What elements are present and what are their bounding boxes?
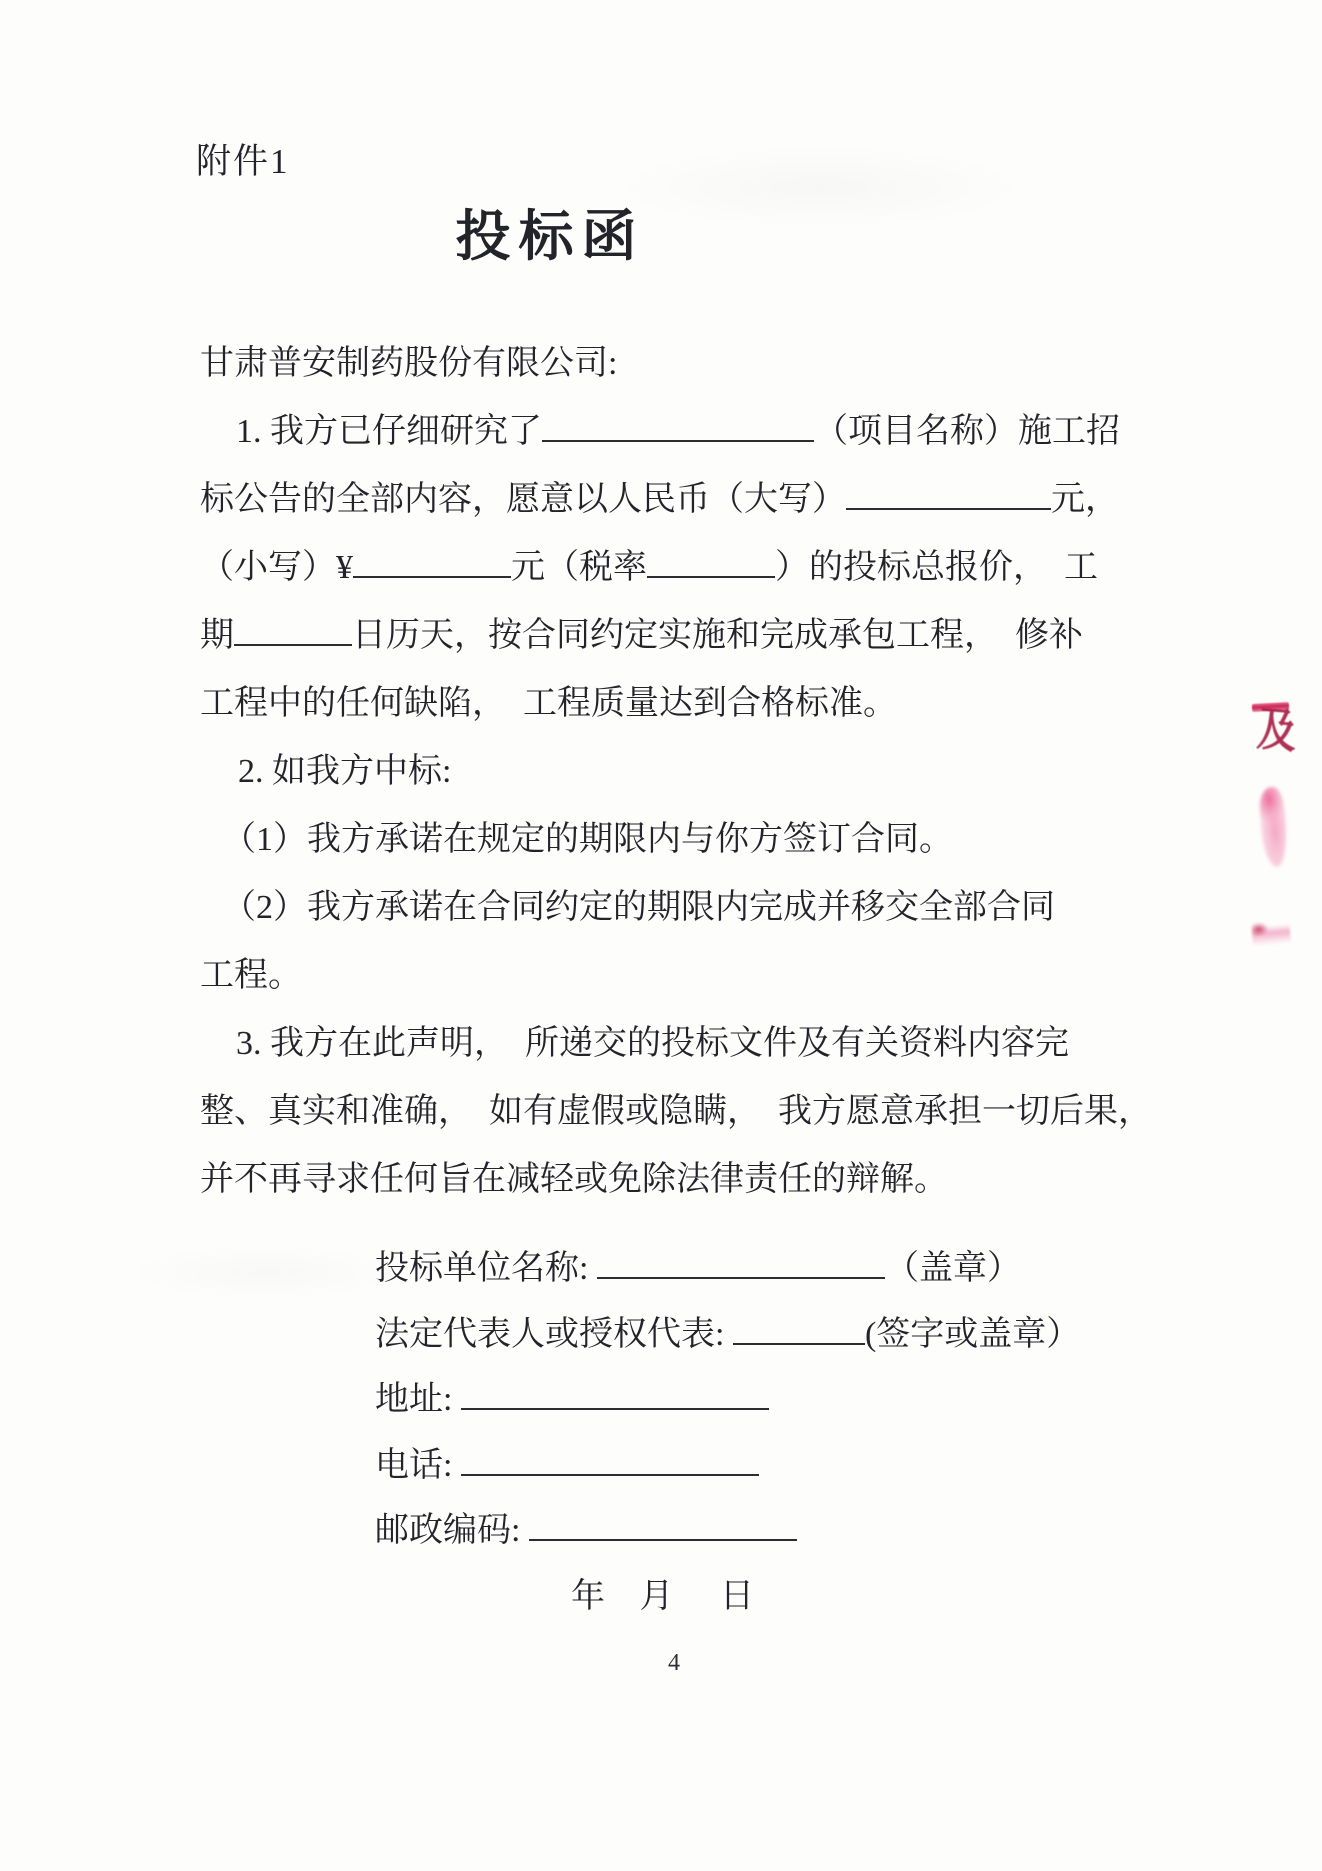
body-line: 甘肃普安制药股份有限公司: [200,330,1165,398]
date-year-label: 年 [571,1578,605,1615]
blank-fill-line [353,544,511,578]
blank-fill-line [597,1245,885,1279]
signature-suffix: (签字或盖章） [865,1316,1080,1353]
body-text: ）的投标总报价， 工 [775,549,1098,586]
body-text: （1）我方承诺在规定的期限内与你方签订合同。 [222,821,953,858]
red-stamp-dash-fragment [1251,916,1291,946]
signature-label: 投标单位名称: [375,1250,597,1287]
body-text: 1. 我方已仔细研究了 [236,413,542,450]
blank-fill-line [461,1376,769,1410]
signature-row: 地址: [375,1367,1075,1433]
blank-fill-line [461,1441,759,1475]
signature-label: 电话: [375,1447,461,1484]
red-stamp-character: 及 [1255,704,1298,758]
body-text: 工程中的任何缺陷， 工程质量达到合格标准。 [200,685,897,722]
document-page: 附件1 投标函 甘肃普安制药股份有限公司:1. 我方已仔细研究了（项目名称）施工… [0,0,1322,1871]
body-line: 1. 我方已仔细研究了（项目名称）施工招 [200,398,1165,466]
signature-row: 邮政编码: [375,1498,1075,1564]
body-line: 标公告的全部内容，愿意以人民币（大写）元， [200,466,1165,534]
blank-fill-line [529,1507,797,1541]
body-line: 3. 我方在此声明， 所递交的投标文件及有关资料内容完 [200,1010,1165,1078]
body-line: 工程中的任何缺陷， 工程质量达到合格标准。 [200,670,1165,738]
red-stamp-smudge-fragment [1258,786,1289,868]
blank-fill-line [846,476,1051,510]
body-line: （2）我方承诺在合同约定的期限内完成并移交全部合同 [200,874,1165,942]
body-text: 工程。 [200,957,302,994]
date-day-label: 日 [720,1578,754,1615]
body-text: 2. 如我方中标: [238,753,451,790]
signature-label: 法定代表人或授权代表: [375,1316,733,1353]
page-number: 4 [668,1650,681,1677]
body-text: （2）我方承诺在合同约定的期限内完成并移交全部合同 [222,889,1055,926]
blank-fill-line [647,544,775,578]
body-text: （项目名称）施工招 [814,413,1120,450]
body-line: 期日历天，按合同约定实施和完成承包工程， 修补 [200,602,1165,670]
body-text: 标公告的全部内容，愿意以人民币（大写） [200,481,846,518]
body-text: 3. 我方在此声明， 所递交的投标文件及有关资料内容完 [236,1025,1069,1062]
blank-fill-line [542,408,814,442]
signature-rows: 投标单位名称: （盖章）法定代表人或授权代表: (签字或盖章）地址: 电话: 邮… [375,1236,1075,1564]
body-text: 日历天，按合同约定实施和完成承包工程， 修补 [352,617,1083,654]
signature-label: 邮政编码: [375,1512,529,1549]
blank-fill-line [234,612,352,646]
body-text: 并不再寻求任何旨在减轻或免除法律责任的辩解。 [200,1161,948,1198]
body-text: （小写）¥ [200,549,353,586]
body-line: （1）我方承诺在规定的期限内与你方签订合同。 [200,806,1165,874]
signature-label: 地址: [375,1381,461,1418]
signature-row: 电话: [375,1433,1075,1499]
date-month-label: 月 [640,1578,674,1615]
body-line: 并不再寻求任何旨在减轻或免除法律责任的辩解。 [200,1146,1165,1214]
attachment-label: 附件1 [196,134,290,184]
signature-block: 投标单位名称: （盖章）法定代表人或授权代表: (签字或盖章）地址: 电话: 邮… [375,1236,1075,1629]
signature-row: 法定代表人或授权代表: (签字或盖章） [375,1302,1075,1368]
body-text: 整、真实和准确， 如有虚假或隐瞒， 我方愿意承担一切后果， [200,1093,1152,1130]
body-text: 元， [1051,481,1119,518]
body-line: （小写）¥元（税率）的投标总报价， 工 [200,534,1165,602]
blank-fill-line [733,1310,865,1344]
body-line: 2. 如我方中标: [200,738,1165,806]
date-line: 年 月 日 [375,1564,1075,1630]
body-text: 期 [200,617,234,654]
body-text: 甘肃普安制药股份有限公司: [200,345,617,382]
body-text: 元（税率 [511,549,647,586]
body-line: 工程。 [200,942,1165,1010]
body-line: 整、真实和准确， 如有虚假或隐瞒， 我方愿意承担一切后果， [200,1078,1165,1146]
signature-row: 投标单位名称: （盖章） [375,1236,1075,1302]
signature-suffix: （盖章） [885,1250,1021,1287]
body-paragraphs: 甘肃普安制药股份有限公司:1. 我方已仔细研究了（项目名称）施工招标公告的全部内… [200,330,1165,1214]
document-title: 投标函 [0,192,1100,271]
